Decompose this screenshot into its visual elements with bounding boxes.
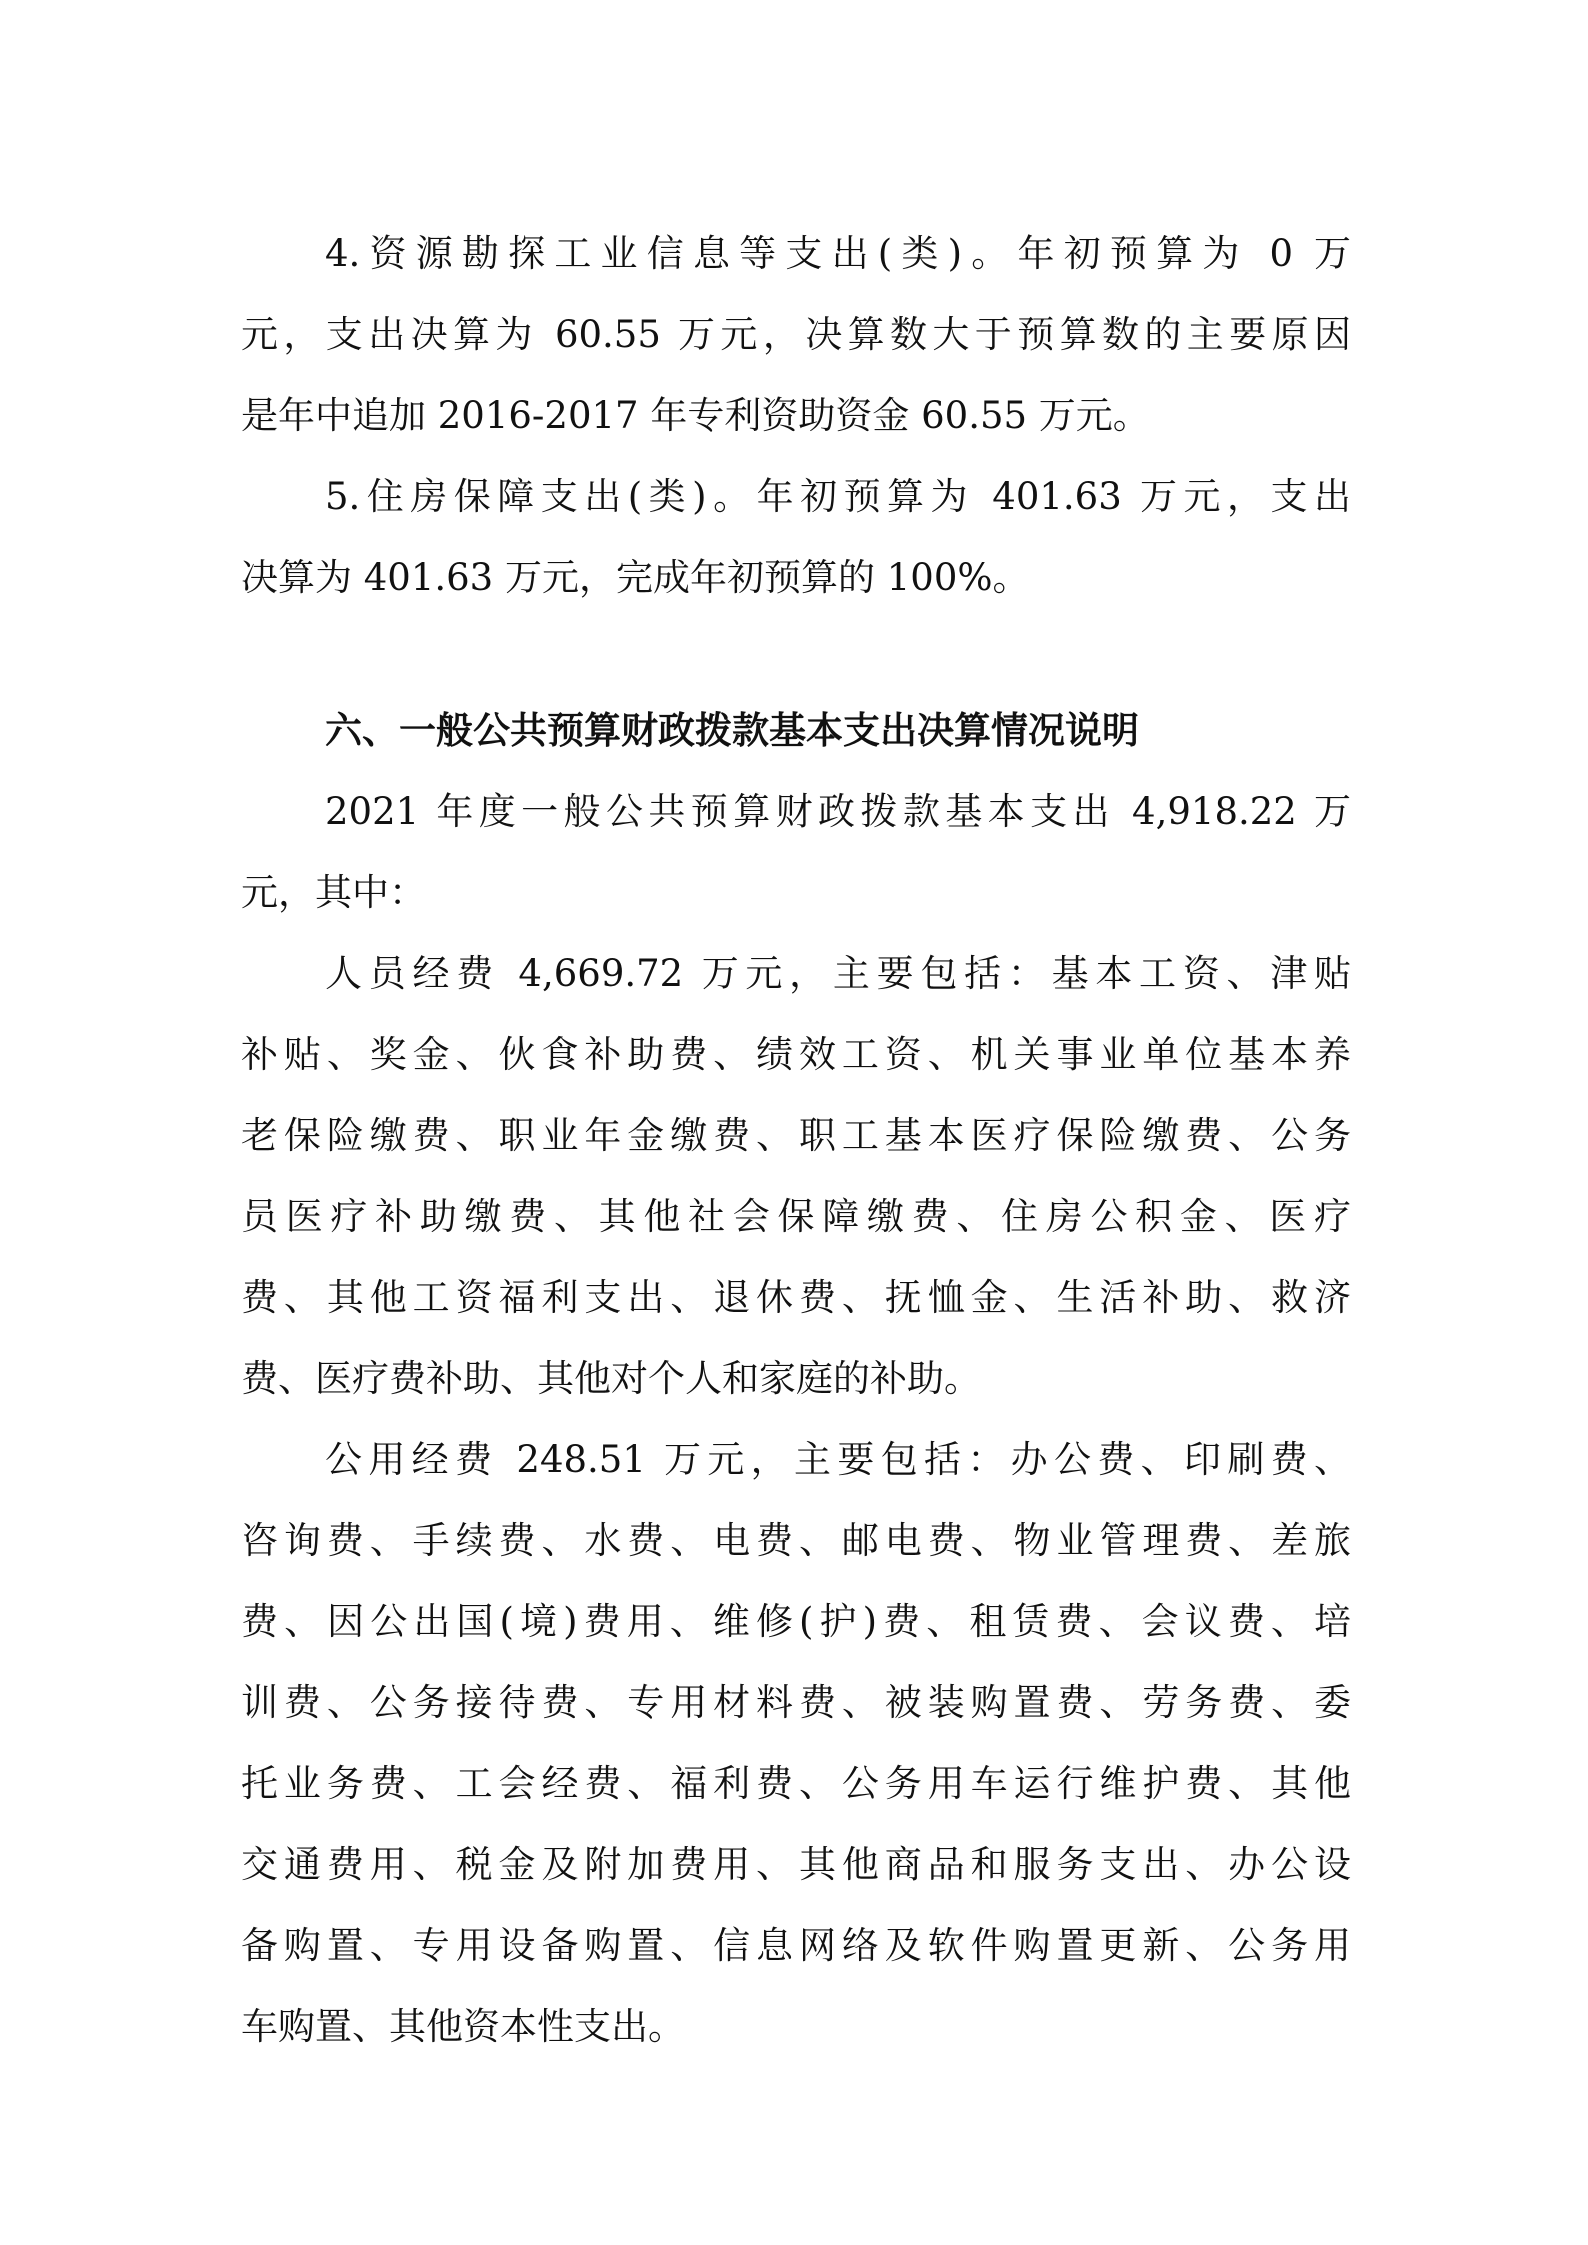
public-line-1: 公用经费 248.51 万元，主要包括：办公费、印刷费、 bbox=[325, 1430, 1351, 1490]
item-5-line-2: 决算为 401.63 万元，完成年初预算的 100%。 bbox=[241, 548, 1351, 608]
personnel-line-6: 费、医疗费补助、其他对个人和家庭的补助。 bbox=[241, 1349, 1351, 1409]
personnel-line-2: 补贴、奖金、伙食补助费、绩效工资、机关事业单位基本养 bbox=[241, 1025, 1351, 1085]
item-4-line-2: 元，支出决算为 60.55 万元，决算数大于预算数的主要原因 bbox=[241, 305, 1351, 365]
personnel-line-5: 费、其他工资福利支出、退休费、抚恤金、生活补助、救济 bbox=[241, 1268, 1351, 1328]
personnel-line-3: 老保险缴费、职业年金缴费、职工基本医疗保险缴费、公务 bbox=[241, 1106, 1351, 1166]
document-page: 4.资源勘探工业信息等支出(类)。年初预算为 0 万 元，支出决算为 60.55… bbox=[0, 0, 1588, 2245]
item-4-line-1: 4.资源勘探工业信息等支出(类)。年初预算为 0 万 bbox=[325, 224, 1351, 284]
public-line-5: 托业务费、工会经费、福利费、公务用车运行维护费、其他 bbox=[241, 1754, 1351, 1814]
section-heading: 六、一般公共预算财政拨款基本支出决算情况说明 bbox=[325, 701, 1351, 761]
personnel-line-1: 人员经费 4,669.72 万元，主要包括：基本工资、津贴 bbox=[325, 944, 1351, 1004]
public-line-8: 车购置、其他资本性支出。 bbox=[241, 1997, 1351, 2057]
item-4-line-3: 是年中追加 2016-2017 年专利资助资金 60.55 万元。 bbox=[241, 386, 1351, 446]
public-line-3: 费、因公出国(境)费用、维修(护)费、租赁费、会议费、培 bbox=[241, 1592, 1351, 1652]
public-line-4: 训费、公务接待费、专用材料费、被装购置费、劳务费、委 bbox=[241, 1673, 1351, 1733]
public-line-6: 交通费用、税金及附加费用、其他商品和服务支出、办公设 bbox=[241, 1835, 1351, 1895]
personnel-line-4: 员医疗补助缴费、其他社会保障缴费、住房公积金、医疗 bbox=[241, 1187, 1351, 1247]
public-line-7: 备购置、专用设备购置、信息网络及软件购置更新、公务用 bbox=[241, 1916, 1351, 1976]
item-5-line-1: 5.住房保障支出(类)。年初预算为 401.63 万元，支出 bbox=[325, 467, 1351, 527]
summary-line-1: 2021 年度一般公共预算财政拨款基本支出 4,918.22 万 bbox=[325, 782, 1351, 842]
public-line-2: 咨询费、手续费、水费、电费、邮电费、物业管理费、差旅 bbox=[241, 1511, 1351, 1571]
summary-line-2: 元，其中： bbox=[241, 863, 1351, 923]
